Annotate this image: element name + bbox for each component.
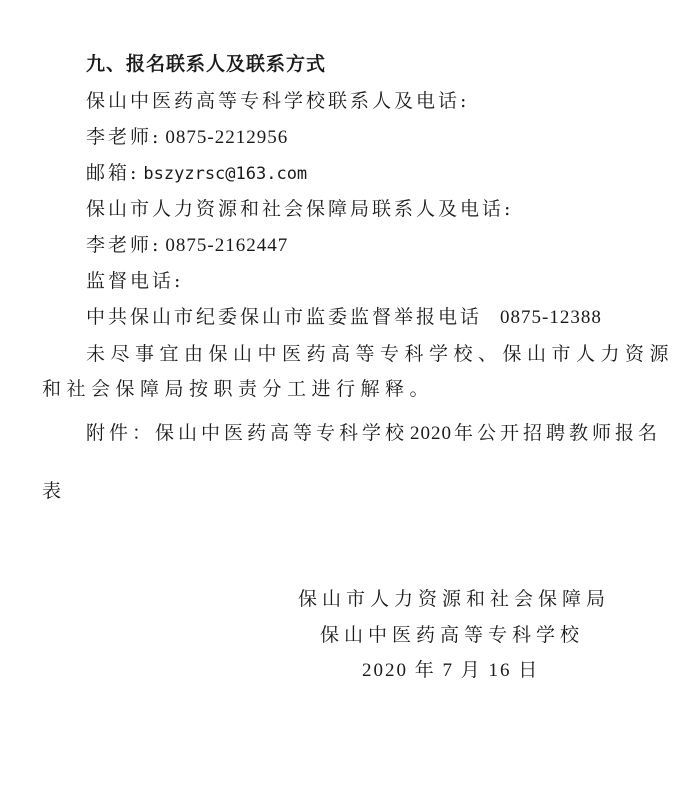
attachment-suffix: 年公开招聘教师报名: [454, 422, 661, 444]
supervision-text: 中共保山市纪委保山市监委监督举报电话: [86, 306, 482, 328]
section-heading: 九、报名联系人及联系方式: [86, 52, 326, 76]
email-line: 邮箱:bszyzrsc@163.com: [86, 161, 307, 186]
note-line-1: 未尽事宜由保山中医药高等专科学校、保山市人力资源: [86, 342, 674, 366]
email-address: bszyzrsc@163.com: [143, 164, 307, 184]
school-contact-phone: 0875-2212956: [165, 127, 288, 148]
school-contact-person: 李老师:: [86, 126, 161, 148]
attachment-line-2: 表: [42, 479, 64, 503]
bureau-contact-label: 保山市人力资源和社会保障局联系人及电话:: [86, 197, 513, 221]
supervision-phone: 0875-12388: [500, 307, 602, 328]
supervision-label: 监督电话:: [86, 269, 183, 293]
supervision-line: 中共保山市纪委保山市监委监督举报电话0875-12388: [86, 305, 602, 330]
signature-date: 2020 年 7 月 16 日: [362, 659, 539, 683]
attachment-year: 2020: [410, 423, 452, 444]
attachment-prefix: 附件：保山中医药高等专科学校: [86, 422, 408, 444]
signature-org-1: 保山市人力资源和社会保障局: [298, 587, 610, 611]
bureau-contact-phone: 0875-2162447: [165, 235, 288, 256]
attachment-line-1: 附件：保山中医药高等专科学校2020年公开招聘教师报名: [86, 421, 661, 446]
bureau-contact-person: 李老师:: [86, 234, 161, 256]
signature-org-2: 保山中医药高等专科学校: [320, 623, 584, 647]
email-label: 邮箱:: [86, 162, 139, 184]
school-contact-label: 保山中医药高等专科学校联系人及电话:: [86, 89, 469, 113]
bureau-contact-phone-line: 李老师:0875-2162447: [86, 233, 288, 258]
note-line-2: 和社会保障局按职责分工进行解释。: [42, 377, 434, 401]
school-contact-phone-line: 李老师:0875-2212956: [86, 125, 288, 150]
